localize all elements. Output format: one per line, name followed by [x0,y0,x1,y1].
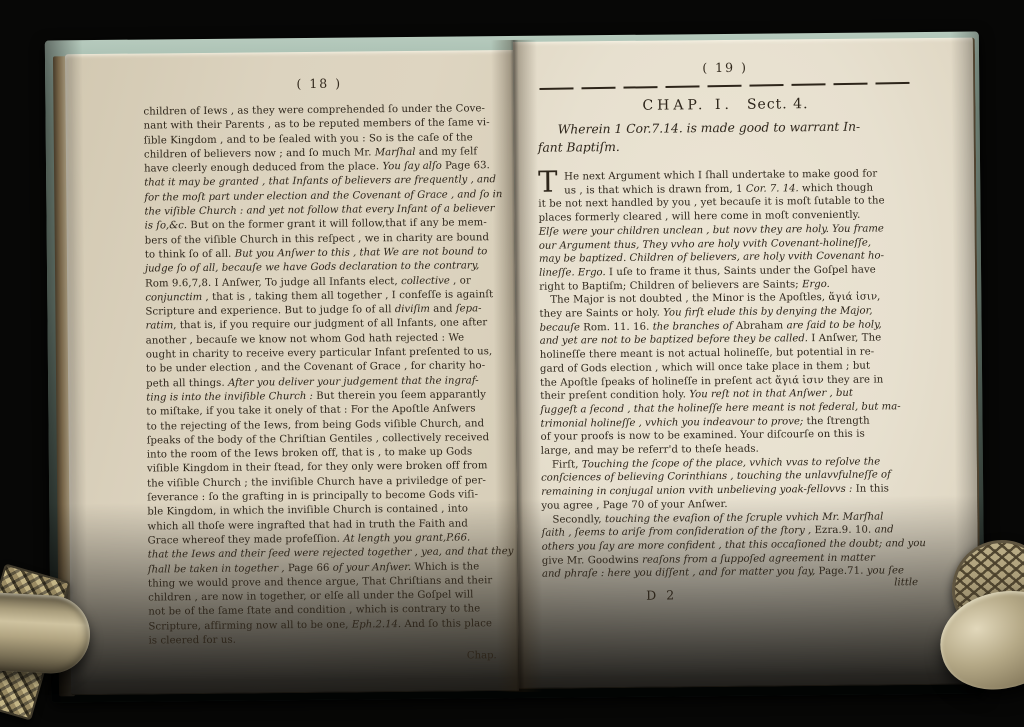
drop-cap: T [538,168,558,197]
signature-mark: D 2 [646,588,677,603]
subtitle-line: fant Baptiſm. [538,135,914,157]
chapter-section-heading: CHAP. I.Sect. 4. [537,95,913,115]
left-page-number: ( 18 ) [143,74,495,92]
right-page-text: ( 19 ) CHAP. I.Sect. 4. Wherein 1 Cor.7.… [537,58,918,608]
clasp-bar [0,591,92,676]
right-page: ( 19 ) CHAP. I.Sect. 4. Wherein 1 Cor.7.… [513,38,981,689]
chapter-label: CHAP. I. [642,97,733,114]
clasp-left [0,568,120,718]
book-photo: ( 18 ) children of Iews , as they were c… [0,0,1024,727]
open-book: ( 18 ) children of Iews , as they were c… [39,29,987,710]
clasp-knob [930,578,1024,702]
left-page-text: ( 18 ) children of Iews , as they were c… [143,74,501,665]
right-page-number: ( 19 ) [537,58,913,77]
signature-row: D 2 little [542,578,918,608]
section-subtitle: Wherein 1 Cor.7.14. is made good to warr… [538,117,914,157]
text-line: is cleered for us. [149,631,501,649]
clasp-right [912,540,1024,710]
subtitle-line: Wherein 1 Cor.7.14. is made good to warr… [538,117,914,139]
section-label: Sect. 4. [747,96,809,113]
right-page-body-wrap: T He next Argument which I ſhall underta… [538,167,918,582]
right-page-body: He next Argument which I ſhall undertake… [538,167,918,582]
left-page-body: children of Iews , as they were comprehe… [143,102,500,649]
heading-rule [539,81,911,90]
